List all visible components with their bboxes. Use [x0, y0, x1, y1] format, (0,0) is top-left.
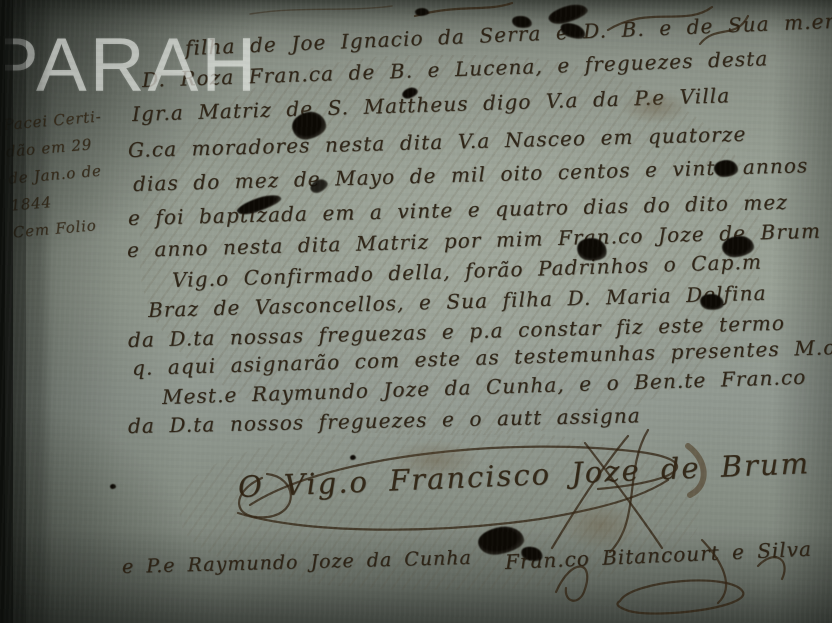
vicar-signature: O Vig.o Francisco Joze de Brum [237, 446, 810, 504]
margin-annotation: Pacei Certi- dão em 29 de Jan.o de 1844 … [2, 101, 143, 247]
witness-signature-left: e P.e Raymundo Joze da Cunha [122, 547, 472, 578]
manuscript-line: da D.ta nossos freguezes e o autt assign… [128, 403, 641, 438]
ink-blot [415, 8, 429, 16]
manuscript-line: G.ca moradores nesta dita V.a Nasceo em … [128, 122, 747, 162]
archive-watermark: PARAH [0, 22, 259, 109]
manuscript-line: dias do mez de Mayo de mil oito centos e… [133, 153, 809, 196]
ink-smudge [560, 500, 640, 550]
witness-signature-right: Fran.co Bitancourt e Silva [504, 537, 812, 574]
ink-blot [110, 484, 116, 489]
ink-blot [350, 455, 356, 460]
manuscript-page: Pacei Certi- dão em 29 de Jan.o de 1844 … [0, 0, 832, 623]
